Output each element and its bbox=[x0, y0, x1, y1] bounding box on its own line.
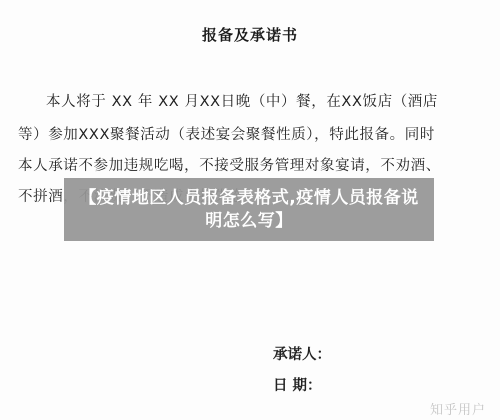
caption-overlay[interactable]: 【疫情地区人员报备表格式,疫情人员报备说明怎么写】 bbox=[64, 178, 434, 241]
watermark: 知乎用户 bbox=[430, 399, 486, 418]
paragraph-line-2: 等）参加XXX聚餐活动（表述宴会聚餐性质），特此报备。同时 bbox=[18, 123, 435, 144]
date-label: 日 期： bbox=[273, 374, 322, 395]
paragraph-line-1: 本人将于 XX 年 XX 月XX日晚（中）餐，在XX饭店（酒店 bbox=[46, 90, 438, 111]
caption-text: 【疫情地区人员报备表格式,疫情人员报备说明怎么写】 bbox=[74, 187, 424, 233]
paragraph-line-3: 本人承诺不参加违规吃喝，不接受服务管理对象宴请，不劝酒、 bbox=[18, 154, 441, 175]
document-title: 报备及承诺书 bbox=[0, 24, 500, 45]
signer-label: 承诺人： bbox=[273, 343, 331, 364]
